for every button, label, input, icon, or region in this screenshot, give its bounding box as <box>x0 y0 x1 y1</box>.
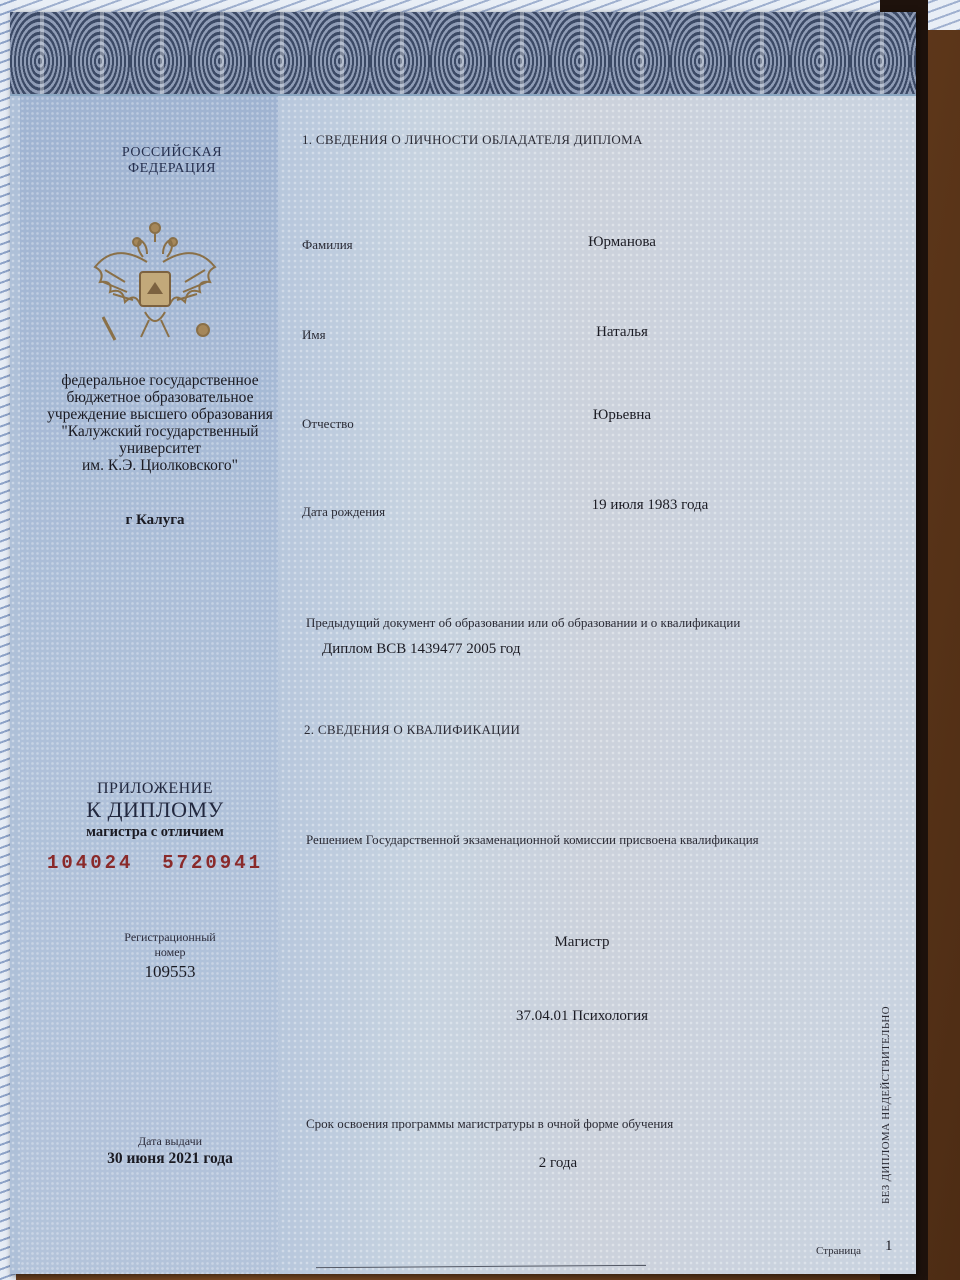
appendix-subtitle: К ДИПЛОМУ <box>50 797 260 823</box>
field-value-patronymic: Юрьевна <box>502 407 742 424</box>
validity-note: БЕЗ ДИПЛОМА НЕДЕЙСТВИТЕЛЬНО <box>880 1006 892 1204</box>
registration-number: 109553 <box>70 962 270 982</box>
issue-date-label: Дата выдачи <box>70 1134 270 1149</box>
study-duration-value: 2 года <box>438 1155 678 1172</box>
section-2-title: 2. СВЕДЕНИЯ О КВАЛИФИКАЦИИ <box>304 722 520 738</box>
previous-document-value: Диплом ВСВ 1439477 2005 год <box>322 641 520 658</box>
field-value-surname: Юрманова <box>502 234 742 251</box>
diploma-appendix-page: РОССИЙСКАЯ ФЕДЕРАЦИЯ федеральное государ… <box>10 12 916 1274</box>
qualification-value: Магистр <box>462 934 702 951</box>
field-value-birthdate: 19 июля 1983 года <box>530 497 770 514</box>
field-value-name: Наталья <box>502 324 742 341</box>
qualification-decision-label: Решением Государственной экзаменационной… <box>306 832 759 848</box>
field-label-birthdate: Дата рождения <box>302 504 385 520</box>
issue-date: 30 июня 2021 года <box>70 1150 270 1168</box>
study-duration-label: Срок освоения программы магистратуры в о… <box>306 1116 673 1132</box>
field-label-name: Имя <box>302 327 326 343</box>
signature-line <box>316 1265 646 1268</box>
appendix-title: ПРИЛОЖЕНИЕ <box>50 780 260 798</box>
serial-number: 104024 5720941 <box>40 852 270 874</box>
registration-label: Регистрационный номер <box>70 930 270 960</box>
organization-name: федеральное государственное бюджетное об… <box>20 372 300 474</box>
section-1-title: 1. СВЕДЕНИЯ О ЛИЧНОСТИ ОБЛАДАТЕЛЯ ДИПЛОМ… <box>302 132 643 148</box>
city: г Калуга <box>70 512 240 529</box>
country-title: РОССИЙСКАЯ ФЕДЕРАЦИЯ <box>72 145 272 177</box>
field-label-surname: Фамилия <box>302 237 353 253</box>
russian-coat-of-arms-icon <box>85 212 225 352</box>
specialty-value: 37.04.01 Психология <box>462 1008 702 1025</box>
page-number: 1 <box>885 1238 893 1255</box>
guilloche-border <box>10 12 916 96</box>
field-label-patronymic: Отчество <box>302 416 354 432</box>
previous-document-label: Предыдущий документ об образовании или о… <box>306 615 740 631</box>
page-label: Страница <box>816 1245 861 1257</box>
degree-type: магистра с отличием <box>50 824 260 841</box>
